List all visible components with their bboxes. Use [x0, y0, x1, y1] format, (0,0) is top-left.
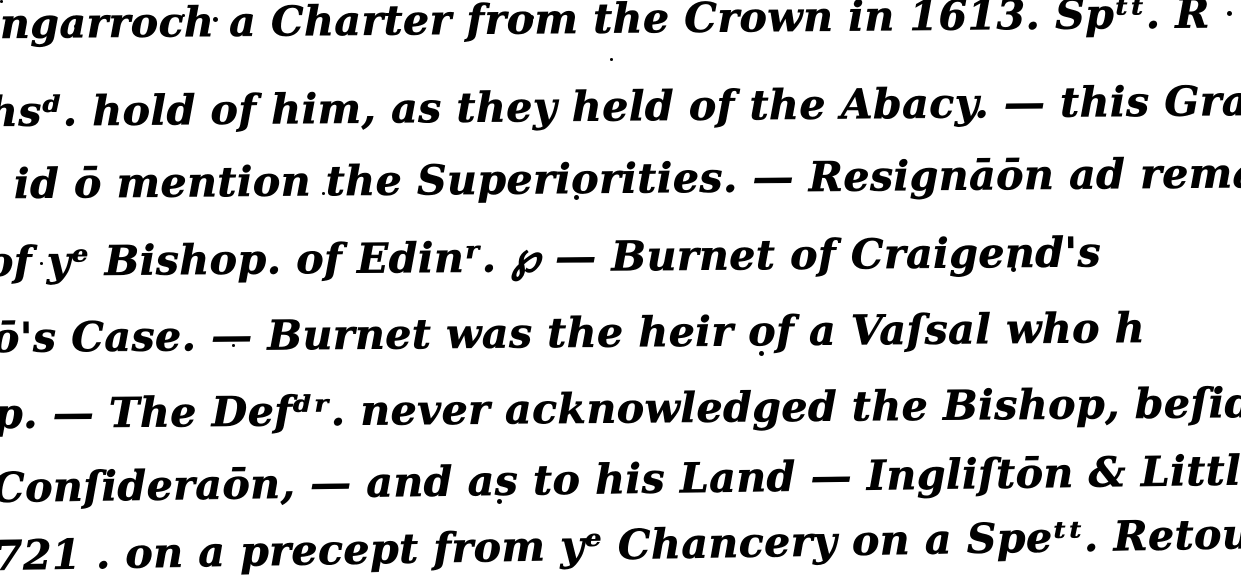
manuscript-line-5: p. — The Defᵈʳ. never acknowledged the B… [0, 378, 1241, 438]
manuscript-line-1: hsᵈ. hold of him, as they held of the Ab… [0, 76, 1241, 136]
manuscript-line-6: Conſideraōn, — and as to his Land — Ingl… [0, 446, 1241, 512]
manuscript-line-7: 721 . on a precept from yᵉ Chancery on a… [0, 509, 1241, 580]
manuscript-line-4: ō's Case. — Burnet was the heir of a Vaſ… [0, 302, 1241, 362]
manuscript-line-8: ngarroch a Charter from the Crown in 161… [0, 0, 1241, 48]
manuscript-page: hsᵈ. hold of him, as they held of the Ab… [0, 0, 1241, 587]
manuscript-line-3: of yᵉ Bishop. of Edinʳ. ℘ — Burnet of Cr… [0, 226, 1241, 286]
manuscript-line-2: id ō mention the Superiorities. — Resign… [14, 148, 1241, 208]
